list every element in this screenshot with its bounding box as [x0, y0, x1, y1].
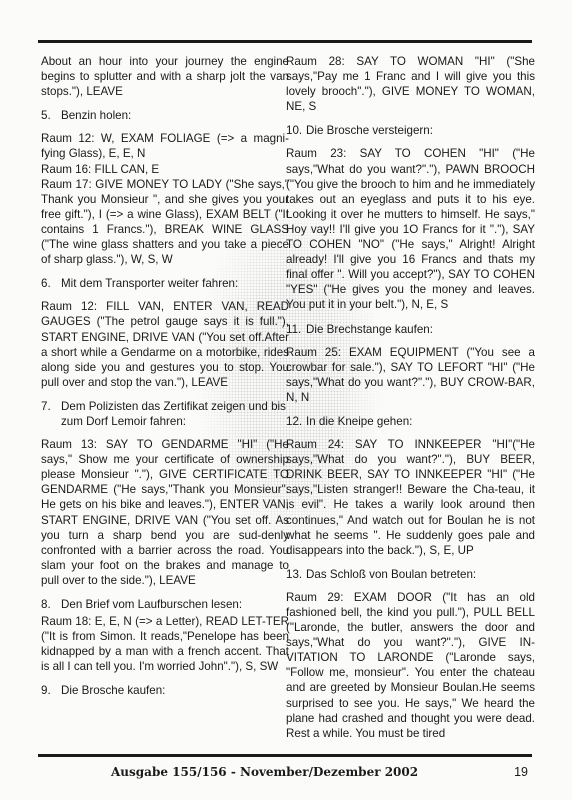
header-rule: [38, 40, 532, 43]
section-heading-10: 10.Die Brosche versteigern:: [286, 123, 535, 138]
section-heading-12: 12.In die Kneipe gehen:: [286, 414, 535, 429]
section-heading-8: 8.Den Brief vom Laufburschen lesen:: [41, 597, 289, 612]
left-column: About an hour into your journey the engi…: [41, 54, 289, 707]
section-heading-9: 9.Die Brosche kaufen:: [41, 683, 289, 698]
section-body-13: Raum 29: EXAM DOOR ("It has an old fashi…: [286, 590, 535, 741]
section-body-6: Raum 12: FILL VAN, ENTER VAN, READ GAUGE…: [41, 299, 289, 390]
section-body-7: Raum 13: SAY TO GENDARME "HI" ("He says,…: [41, 437, 289, 588]
left-intro-paragraph: About an hour into your journey the engi…: [41, 54, 289, 99]
section-body-5: Raum 12: W, EXAM FOLIAGE (=> a magni-fyi…: [41, 131, 289, 267]
section-heading-13: 13.Das Schloß von Boulan betreten:: [286, 567, 535, 582]
section-body-11: Raum 25: EXAM EQUIPMENT ("You see a crow…: [286, 345, 535, 405]
right-column: Raum 28: SAY TO WOMAN "HI" ("She says,"P…: [286, 54, 535, 750]
page-number: 19: [514, 765, 528, 779]
section-heading-6: 6.Mit dem Transporter weiter fahren:: [41, 276, 289, 291]
section-body-12: Raum 24: SAY TO INNKEEPER "HI"("He says,…: [286, 437, 535, 558]
page-footer: Ausgabe 155/156 - November/Dezember 2002…: [38, 765, 532, 783]
section-heading-5: 5.Benzin holen:: [41, 108, 289, 123]
section-heading-11: 11.Die Brechstange kaufen:: [286, 322, 535, 337]
issue-label: Ausgabe 155/156 - November/Dezember 2002: [111, 765, 418, 779]
magazine-page: About an hour into your journey the engi…: [0, 0, 572, 800]
section-body-8: Raum 18: E, E, N (=> a Letter), READ LET…: [41, 614, 289, 674]
section-heading-7: 7.Dem Polizisten das Zertifikat zeigen u…: [41, 399, 289, 429]
section-body-10: Raum 23: SAY TO COHEN "HI" ("He says,"Wh…: [286, 146, 535, 312]
right-intro-paragraph: Raum 28: SAY TO WOMAN "HI" ("She says,"P…: [286, 54, 535, 114]
footer-rule: [38, 754, 532, 757]
